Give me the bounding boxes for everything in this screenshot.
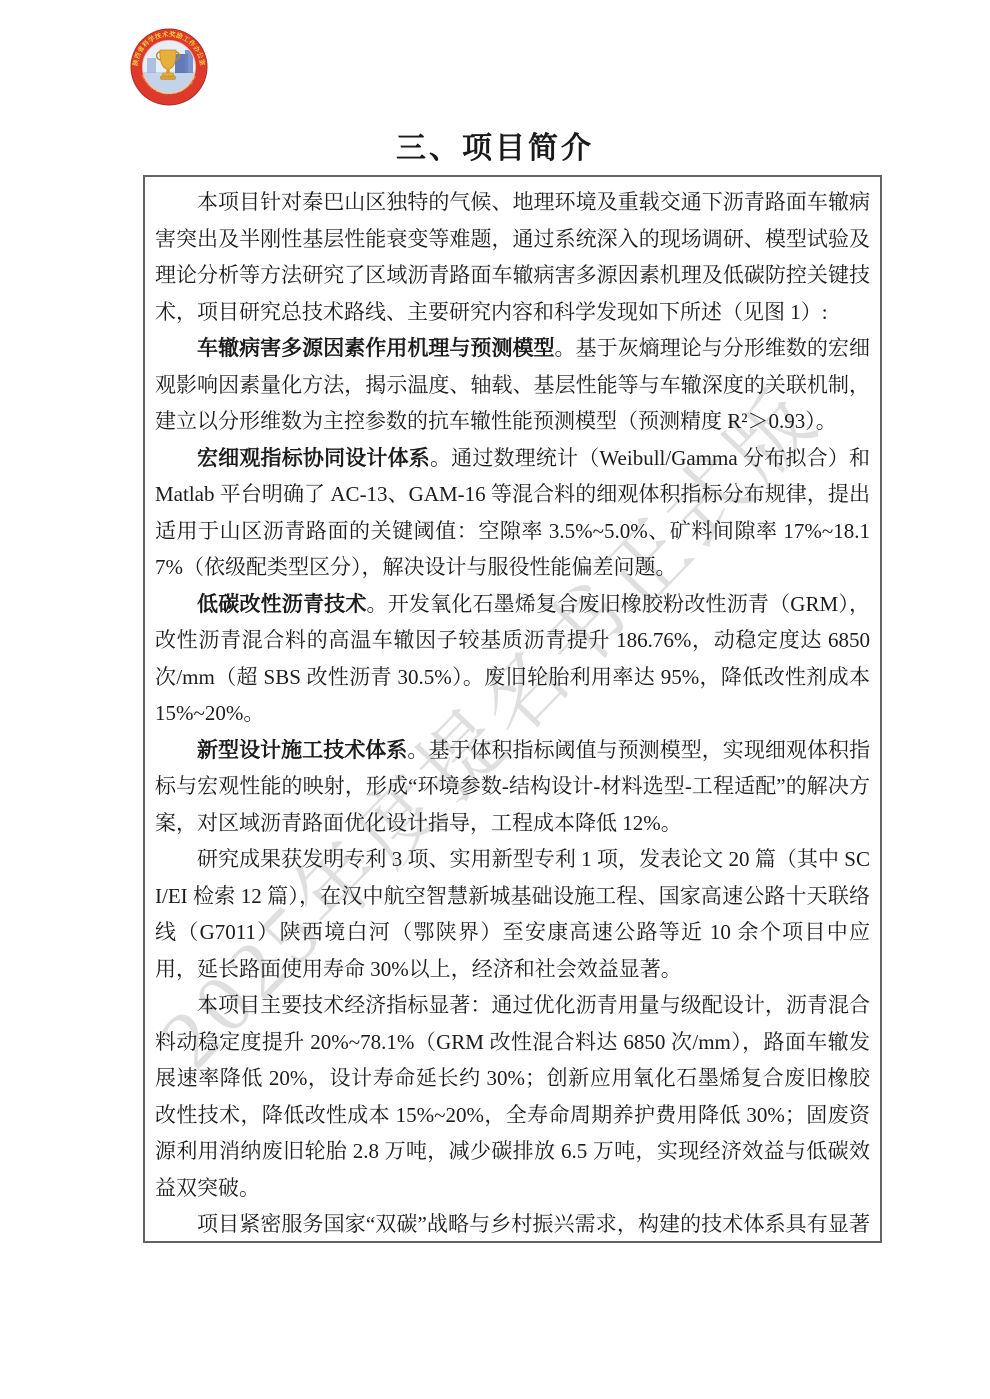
paragraph-text: 研究成果获发明专利 3 项、实用新型专利 1 项，发表论文 20 篇（其中 SC… <box>155 847 870 981</box>
project-intro-box: 本项目针对秦巴山区独特的气候、地理环境及重载交通下沥青路面车辙病害突出及半刚性基… <box>143 175 882 1243</box>
paragraph-lead: 新型设计施工技术体系 <box>197 738 407 762</box>
paragraph-lead: 低碳改性沥青技术 <box>197 592 367 616</box>
document-page: 陕西省科学技术奖励工作办公室 Shaanxi Office Of Science… <box>0 0 990 1399</box>
paragraph-low-carbon-asphalt: 低碳改性沥青技术。开发氧化石墨烯复合废旧橡胶粉改性沥青（GRM），改性沥青混合料… <box>155 586 870 732</box>
paragraph-achievements: 研究成果获发明专利 3 项、实用新型专利 1 项，发表论文 20 篇（其中 SC… <box>155 841 870 987</box>
org-seal-logo: 陕西省科学技术奖励工作办公室 Shaanxi Office Of Science… <box>129 27 209 107</box>
paragraph-lead: 车辙病害多源因素作用机理与预测模型 <box>197 336 555 360</box>
paragraph-economic-indicators: 本项目主要技术经济指标显著：通过优化沥青用量与级配设计，沥青混合料动稳定度提升 … <box>155 987 870 1206</box>
paragraph-text: 本项目主要技术经济指标显著：通过优化沥青用量与级配设计，沥青混合料动稳定度提升 … <box>155 993 870 1200</box>
paragraph-overview: 本项目针对秦巴山区独特的气候、地理环境及重载交通下沥青路面车辙病害突出及半刚性基… <box>155 184 870 330</box>
paragraph-construction-tech: 新型设计施工技术体系。基于体积指标阈值与预测模型，实现细观体积指标与宏观性能的映… <box>155 732 870 842</box>
paragraph-text: 项目紧密服务国家“双碳”战略与乡村振兴需求，构建的技术体系具有显著示范效应：在汉… <box>155 1212 870 1243</box>
section-title: 三、项目简介 <box>0 123 990 167</box>
paragraph-mechanism-model: 车辙病害多源因素作用机理与预测模型。基于灰熵理论与分形维数的宏细观影响因素量化方… <box>155 330 870 440</box>
paragraph-design-system: 宏细观指标协同设计体系。通过数理统计（Weibull/Gamma 分布拟合）和 … <box>155 440 870 586</box>
building-icon <box>147 58 156 73</box>
paragraph-text: 本项目针对秦巴山区独特的气候、地理环境及重载交通下沥青路面车辙病害突出及半刚性基… <box>155 190 870 324</box>
seal-icon: 陕西省科学技术奖励工作办公室 Shaanxi Office Of Science… <box>129 27 209 107</box>
paragraph-lead: 宏细观指标协同设计体系 <box>197 446 430 470</box>
paragraph-national-strategy: 项目紧密服务国家“双碳”战略与乡村振兴需求，构建的技术体系具有显著示范效应：在汉… <box>155 1206 870 1243</box>
